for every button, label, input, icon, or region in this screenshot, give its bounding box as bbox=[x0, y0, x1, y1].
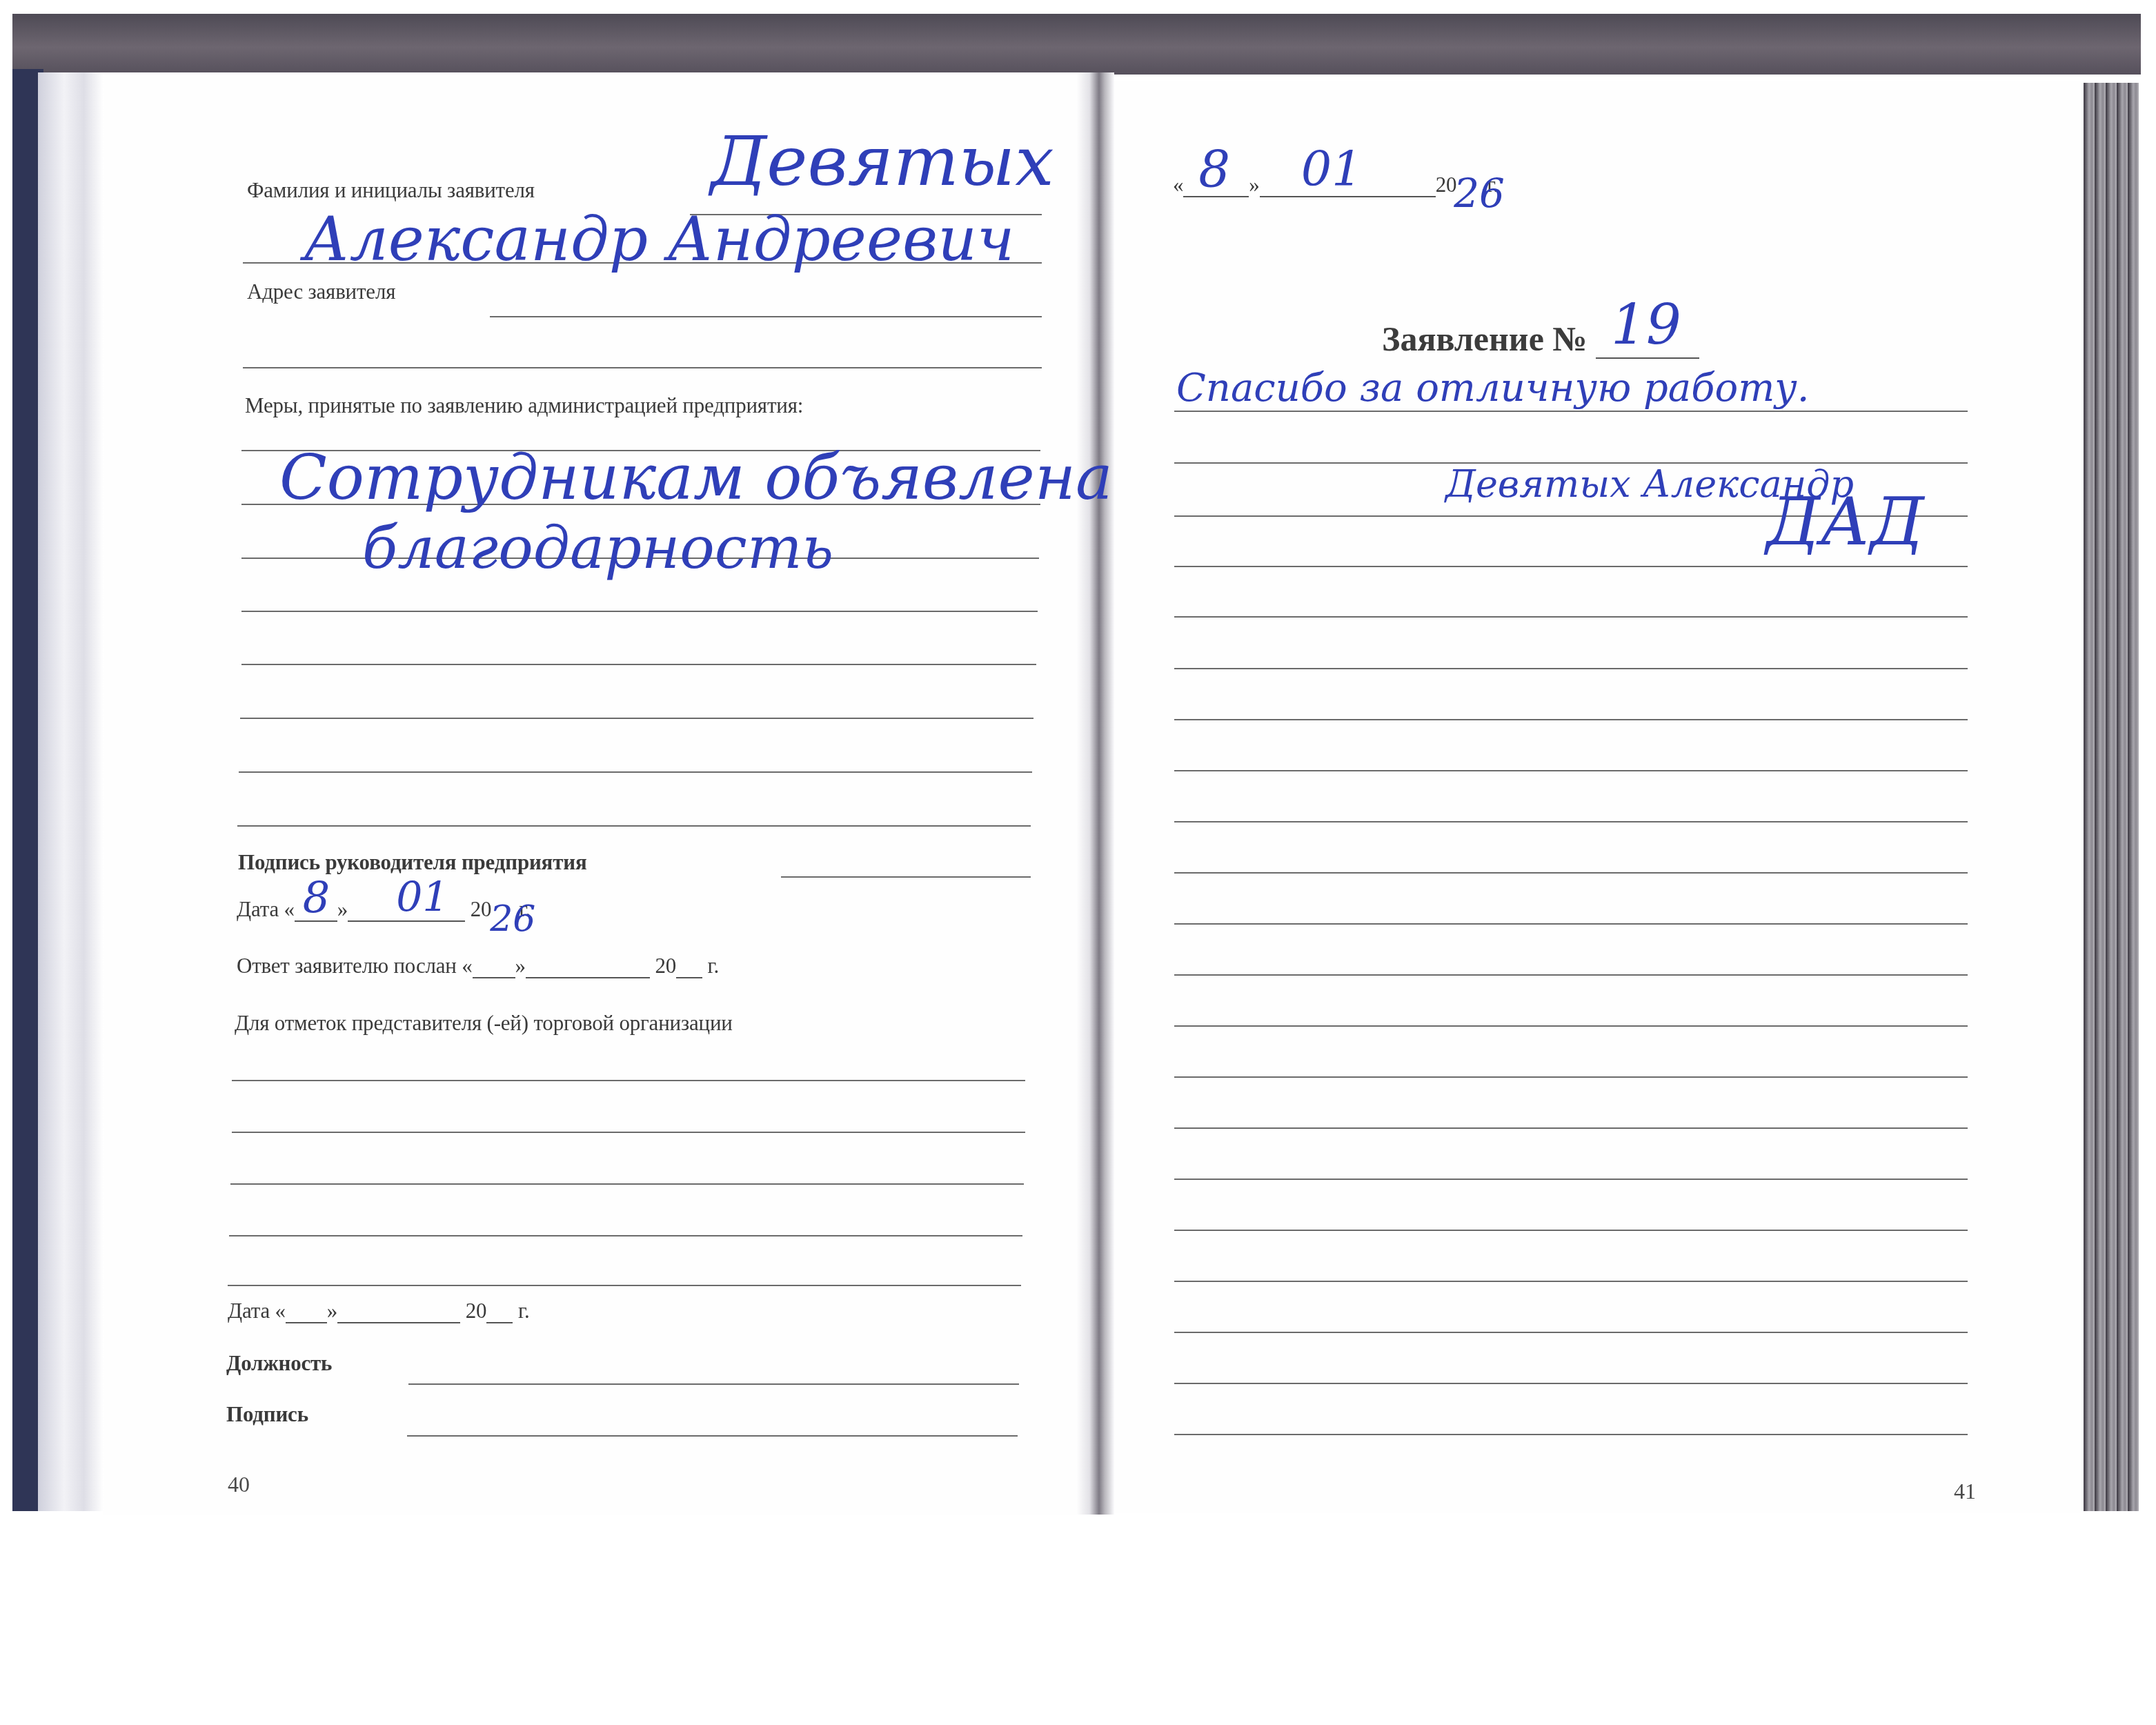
decision-date-month-handwritten: 01 bbox=[396, 874, 448, 922]
position-line bbox=[408, 1383, 1019, 1385]
complaint-line bbox=[1174, 974, 1968, 976]
complaint-line bbox=[1174, 616, 1968, 618]
manager-signature-label: Подпись руководителя предприятия bbox=[238, 850, 586, 875]
notes-line bbox=[229, 1235, 1022, 1236]
reply-sent-year-unit: г. bbox=[708, 954, 720, 978]
decision-date-month-field: 01 bbox=[348, 901, 465, 922]
applicant-address-line-2 bbox=[243, 367, 1042, 368]
applicant-address-line-1 bbox=[490, 316, 1042, 317]
quote-close: » bbox=[1249, 172, 1259, 197]
application-title: Заявление № 19 bbox=[1382, 319, 1699, 359]
position-label: Должность bbox=[226, 1351, 332, 1376]
quote-close: » bbox=[515, 954, 526, 978]
notes-line bbox=[232, 1132, 1025, 1133]
right-page bbox=[1111, 81, 2085, 1513]
decision-date-day-handwritten: 8 bbox=[303, 872, 330, 923]
complaint-line bbox=[1174, 872, 1968, 874]
applicant-address-label: Адрес заявителя bbox=[247, 279, 395, 304]
quote-close: » bbox=[327, 1299, 337, 1323]
quote-close: » bbox=[337, 897, 348, 921]
measures-label: Меры, принятые по заявлению администраци… bbox=[245, 393, 803, 418]
signature-line bbox=[407, 1435, 1018, 1437]
manager-signature-line bbox=[781, 876, 1031, 878]
decision-date-year-handwritten: 26 bbox=[490, 898, 535, 940]
page-stack-right bbox=[2084, 83, 2139, 1511]
decision-date-label: Дата « bbox=[237, 897, 295, 921]
applicant-firstname-handwritten: Александр Андреевич bbox=[304, 204, 1015, 275]
notes-line bbox=[228, 1285, 1021, 1286]
applicant-surname-handwritten: Девятых bbox=[711, 121, 1054, 201]
complaint-line bbox=[1174, 1332, 1968, 1333]
notes-date-month-field bbox=[337, 1303, 460, 1323]
application-date-year-handwritten: 26 bbox=[1454, 170, 1504, 217]
application-date-month-handwritten: 01 bbox=[1301, 141, 1363, 197]
complaint-line bbox=[1174, 566, 1968, 567]
book-spine-gutter bbox=[1076, 72, 1114, 1515]
measures-line bbox=[241, 664, 1036, 665]
measures-handwritten-line-2: благодарность bbox=[362, 514, 833, 582]
application-number-field: 19 bbox=[1596, 327, 1699, 359]
notes-line bbox=[232, 1080, 1025, 1081]
decision-date: Дата «8»01 2026г. bbox=[237, 897, 531, 922]
applicant-signature-mark: ДАД bbox=[1766, 483, 1924, 560]
application-date-day-field: 8 bbox=[1183, 177, 1249, 197]
measures-handwritten-line-1: Сотрудникам объявлена bbox=[279, 442, 1113, 514]
application-title-label: Заявление № bbox=[1382, 319, 1588, 358]
reply-sent-date: Ответ заявителю послан «» 20 г. bbox=[237, 954, 719, 978]
book-cover-top-edge bbox=[12, 14, 2141, 75]
notes-date-day-field bbox=[286, 1303, 327, 1323]
application-date: «8»012026г. bbox=[1173, 172, 1499, 197]
complaint-line bbox=[1174, 1230, 1968, 1231]
complaint-line bbox=[1174, 411, 1968, 412]
application-number-handwritten: 19 bbox=[1611, 293, 1681, 357]
complaint-line bbox=[1174, 1281, 1968, 1282]
complaint-line bbox=[1174, 923, 1968, 925]
measures-line bbox=[240, 718, 1034, 719]
notes-date-year-unit: г. bbox=[518, 1299, 530, 1323]
page-stack-left bbox=[38, 72, 103, 1511]
page-number-right: 41 bbox=[1954, 1479, 1976, 1504]
notes-date-label: Дата « bbox=[228, 1299, 286, 1323]
application-date-month-field: 01 bbox=[1260, 177, 1436, 197]
complaint-line bbox=[1174, 770, 1968, 771]
complaint-line bbox=[1174, 821, 1968, 822]
measures-line bbox=[241, 611, 1038, 612]
notes-line bbox=[230, 1183, 1024, 1185]
decision-date-day-field: 8 bbox=[295, 901, 337, 922]
measures-line bbox=[237, 825, 1031, 827]
reply-sent-day-field bbox=[473, 958, 515, 978]
application-date-day-handwritten: 8 bbox=[1198, 141, 1230, 199]
decision-date-year-prefix: 20 bbox=[471, 897, 492, 921]
complaint-line bbox=[1174, 1179, 1968, 1180]
complaint-handwritten-text: Спасибо за отличную работу. bbox=[1176, 366, 1810, 411]
quote-open: « bbox=[1173, 172, 1183, 197]
reply-sent-year-prefix: 20 bbox=[655, 954, 676, 978]
complaint-line bbox=[1174, 719, 1968, 720]
reply-sent-year-field bbox=[676, 958, 702, 978]
signature-label: Подпись bbox=[226, 1402, 308, 1427]
complaint-line bbox=[1174, 1127, 1968, 1129]
applicant-name-label: Фамилия и инициалы заявителя bbox=[247, 178, 535, 203]
reply-sent-label: Ответ заявителю послан « bbox=[237, 954, 473, 978]
notes-date-year-prefix: 20 bbox=[466, 1299, 487, 1323]
notes-label: Для отметок представителя (-ей) торговой… bbox=[235, 1011, 733, 1036]
complaint-line bbox=[1174, 1025, 1968, 1027]
notes-date: Дата «» 20 г. bbox=[228, 1299, 529, 1323]
reply-sent-month-field bbox=[526, 958, 650, 978]
complaint-line bbox=[1174, 1076, 1968, 1078]
complaint-line bbox=[1174, 668, 1968, 669]
complaint-line bbox=[1174, 1434, 1968, 1435]
notes-date-year-field bbox=[486, 1303, 513, 1323]
measures-line bbox=[239, 771, 1032, 773]
complaint-line bbox=[1174, 1383, 1968, 1384]
page-number-left: 40 bbox=[228, 1472, 250, 1497]
